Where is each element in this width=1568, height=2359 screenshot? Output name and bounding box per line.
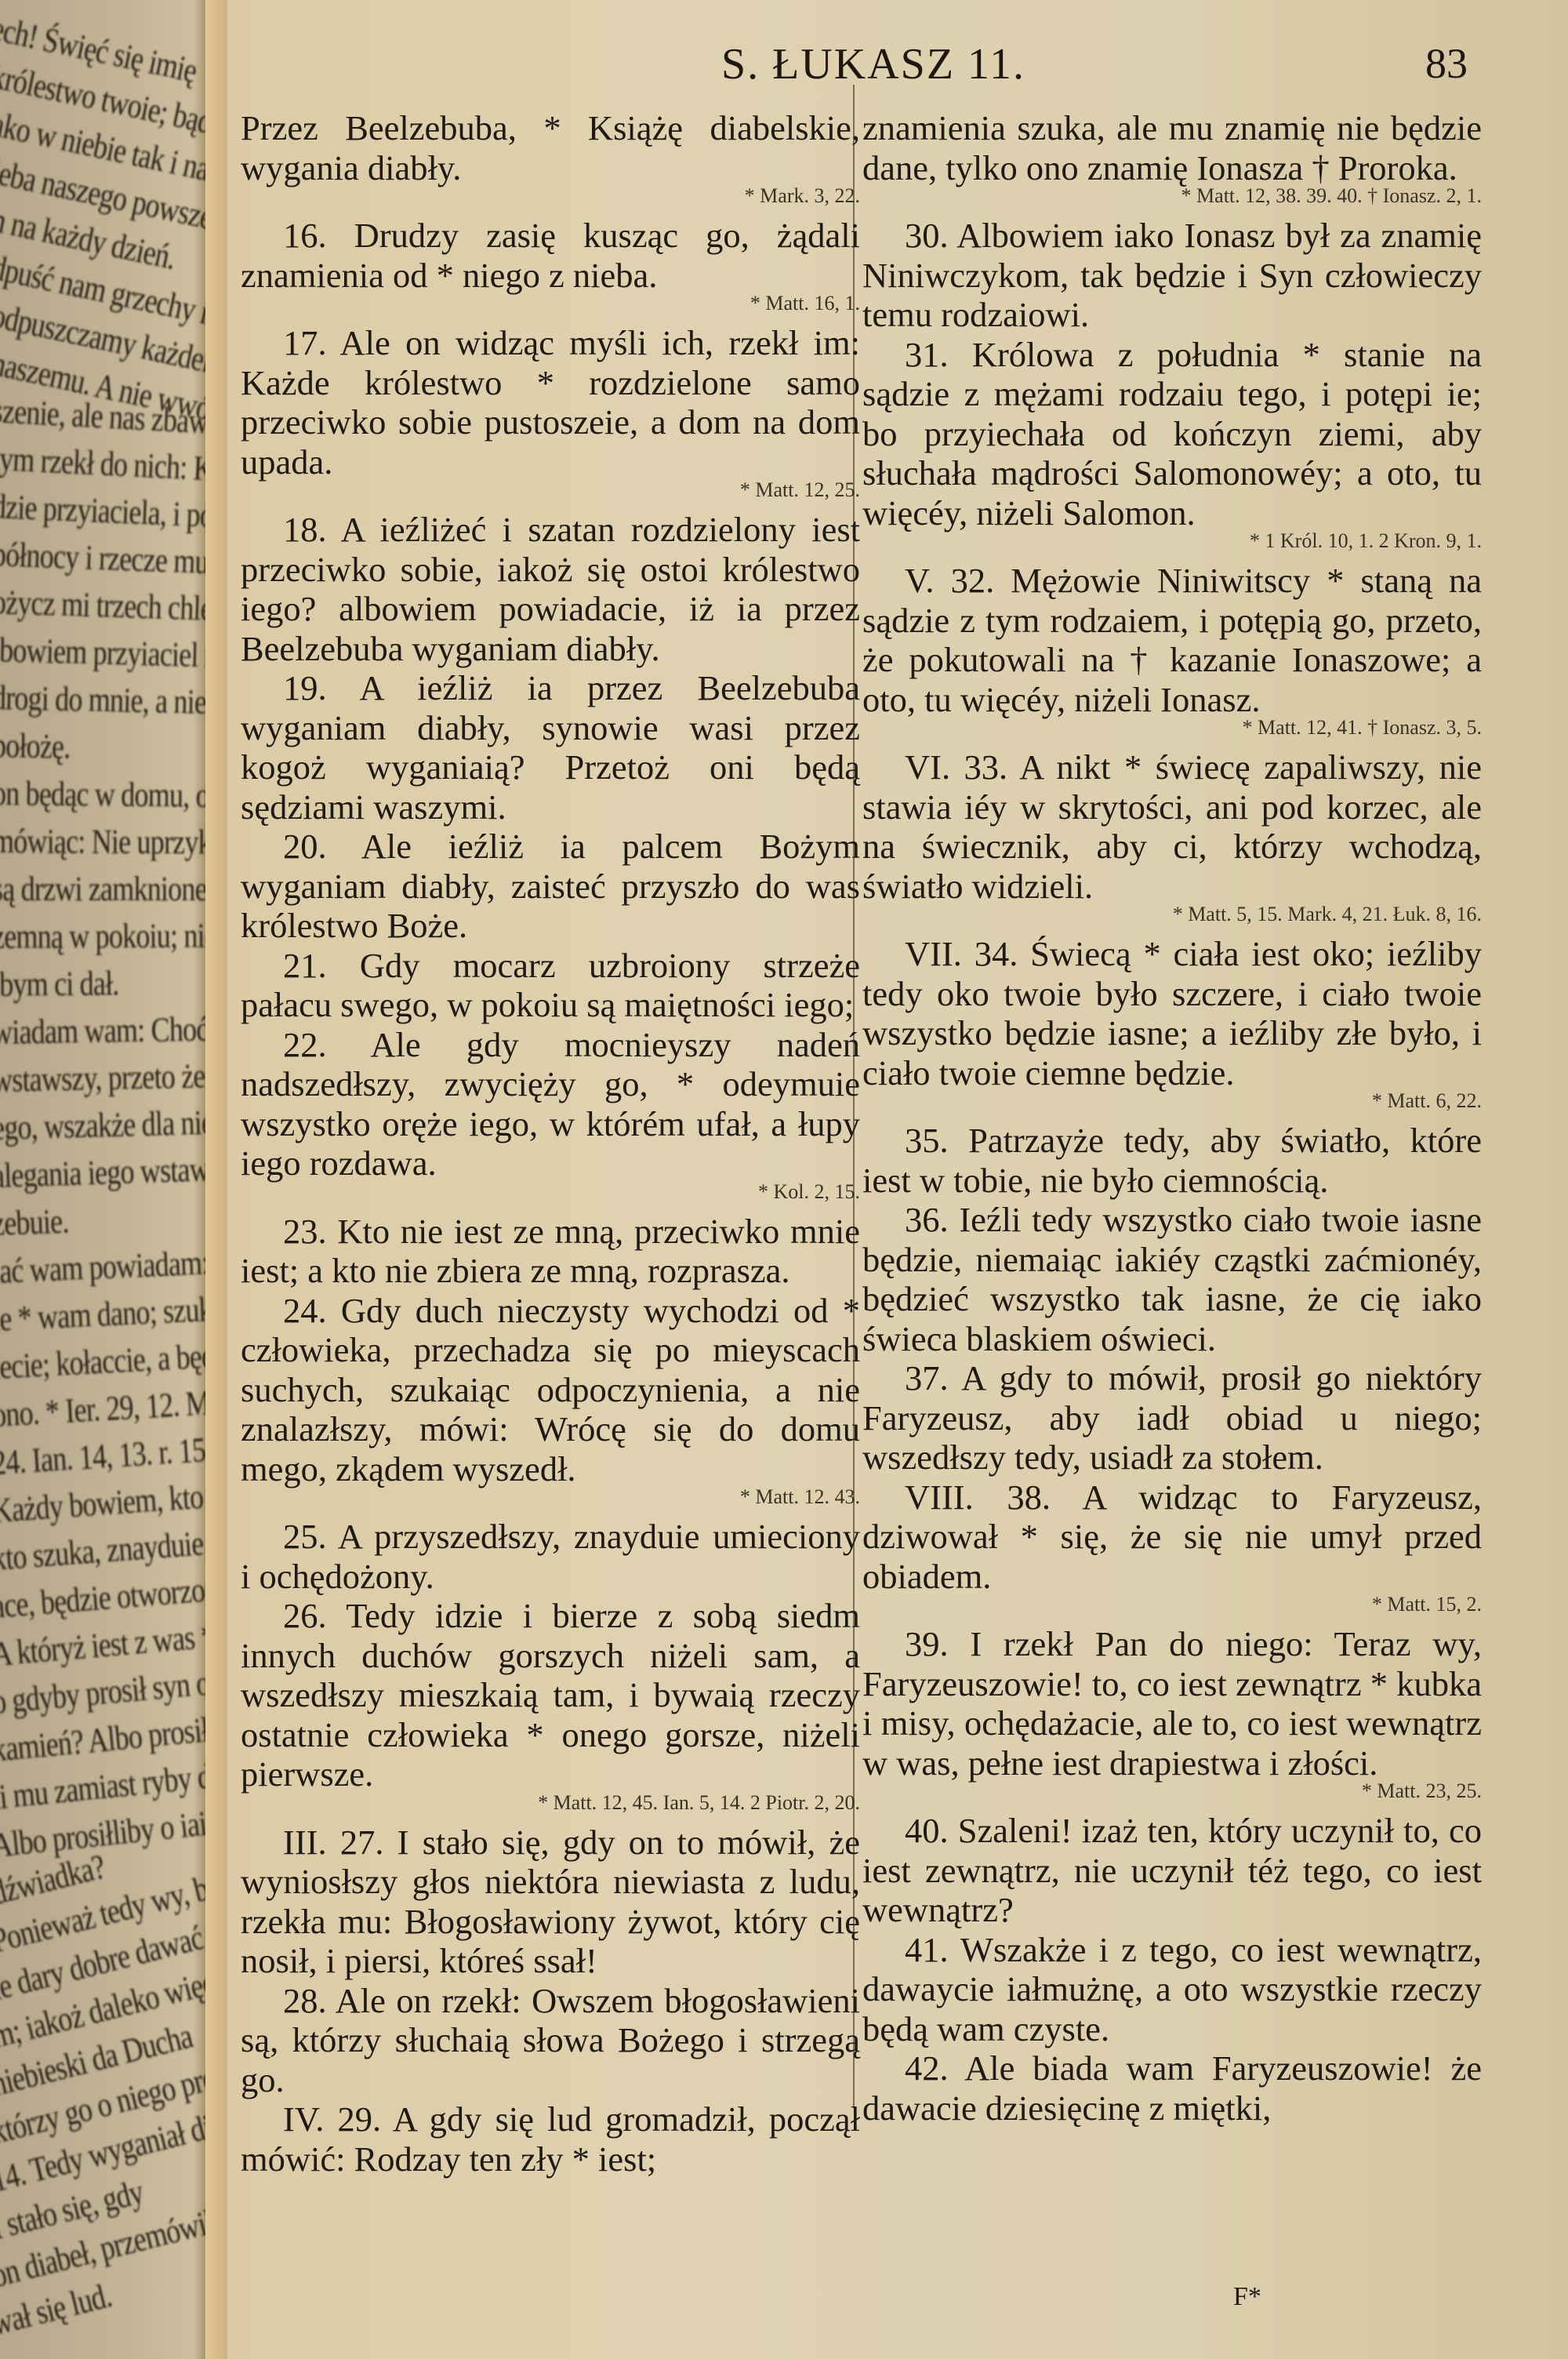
previous-page-text-fragment: dzie przyiaciela, i pójdzi (0, 486, 220, 537)
verse-paragraph: 40. Szaleni! izaż ten, który uczynił to,… (862, 1811, 1482, 1930)
previous-page-text-fragment: drogi do mnie, a nie mam (0, 678, 220, 723)
cross-reference: * Matt. 12, 38. 39. 40. † Ionasz. 2, 1. (862, 184, 1482, 208)
previous-page-text-fragment: alegania iego wstawszy, d (0, 1147, 220, 1196)
verse-paragraph: 20. Ale ieźliż ia palcem Bożym wyganiam … (241, 827, 860, 946)
verse-paragraph: 21. Gdy mocarz uzbroiony strzeże pałacu … (241, 946, 860, 1025)
previous-page-text-fragment: ie * wam dano; szukay (0, 1288, 220, 1339)
verse-paragraph: 19. A ieźliż ia przez Beelzebuba wygania… (241, 668, 860, 827)
verse-paragraph: VIII. 38. A widząc to Faryzeusz, dziwowa… (862, 1478, 1482, 1597)
previous-page-text-fragment: tym rzekł do nich: Któż (0, 438, 220, 490)
verse-paragraph: 41. Wszakże i z tego, co iest wewnątrz, … (862, 1930, 1482, 2049)
cross-reference: * Matt. 12. 43. (241, 1485, 860, 1509)
verse-paragraph: 37. A gdy to mówił, prosił go niektóry F… (862, 1358, 1482, 1478)
verse-paragraph: VI. 33. A nikt * świecę zapaliwszy, nie … (862, 747, 1482, 906)
verse-paragraph: 23. Kto nie iest ze mną, przeciwko mnie … (241, 1212, 860, 1291)
previous-page-text-fragment: są drzwi zamknione, a dzi (0, 869, 220, 909)
previous-page-text-fragment: położę. (0, 725, 71, 767)
book-page: S. ŁUKASZ 11. 83 Przez Beelzebuba, * Ksi… (227, 0, 1568, 2359)
previous-page-edge: ech! Święć się imiękrólestwo twoie; bądź… (0, 0, 220, 2359)
previous-page-text-fragment: iać wam powiadam: Pro (0, 1241, 220, 1292)
left-text-column: Przez Beelzebuba, * Książę diabelskie, w… (241, 108, 860, 2179)
verse-paragraph: Przez Beelzebuba, * Książę diabelskie, w… (241, 108, 860, 187)
verse-paragraph: znamienia szuka, ale mu znamię nie będzi… (862, 108, 1482, 187)
cross-reference: * Matt. 6, 22. (862, 1089, 1482, 1113)
page-title: S. ŁUKASZ 11. (721, 39, 1025, 89)
verse-paragraph: IV. 29. A gdy się lud gromadził, począł … (241, 2099, 860, 2179)
verse-paragraph: 35. Patrzayże tedy, aby światło, które i… (862, 1121, 1482, 1200)
verse-paragraph: V. 32. Mężowie Niniwitscy * staną na sąd… (862, 561, 1482, 719)
cross-reference: * 1 Król. 10, 1. 2 Kron. 9, 1. (862, 529, 1482, 553)
previous-page-text-fragment: kto szuka, znayduie, a (0, 1521, 220, 1579)
previous-page-text-fragment: ibym ci dał. (0, 963, 119, 1005)
previous-page-text-fragment: mówiąc: Nie uprzykrzay (0, 821, 220, 863)
previous-page-text-fragment: wiadam wam: Choćby (0, 1009, 220, 1052)
right-text-column: znamienia szuka, ale mu znamię nie będzi… (862, 108, 1482, 2128)
verse-paragraph: 25. A przyszedłszy, znayduie umieciony i… (241, 1517, 860, 1596)
cross-reference: * Kol. 2, 15. (241, 1180, 860, 1204)
verse-paragraph: 31. Królowa z południa * stanie na sądzi… (862, 335, 1482, 533)
previous-page-text-fragment: zemną w pokoiu; nie (0, 916, 216, 957)
page-number: 83 (1425, 39, 1468, 88)
verse-paragraph: III. 27. I stało się, gdy on to mówił, ż… (241, 1823, 860, 1981)
verse-paragraph: 26. Tedy idzie i bierze z sobą siedm inn… (241, 1596, 860, 1794)
cross-reference: * Matt. 12, 25. (241, 478, 860, 502)
verse-paragraph: 16. Drudzy zasię kusząc go, żądali znami… (241, 216, 860, 295)
previous-page-text-fragment: ożycz mi trzech chlebów (0, 582, 220, 631)
cross-reference: * Matt. 23, 25. (862, 1779, 1482, 1803)
verse-paragraph: 24. Gdy duch nieczysty wychodzi od * czł… (241, 1291, 860, 1489)
previous-page-text-fragment: wstawszy, przeto że iest (0, 1055, 220, 1100)
previous-page-text-fragment: ono. * Ier. 29, 12. Matt. 7, 7. (0, 1378, 220, 1435)
cross-reference: * Matt. 16, 1. (241, 292, 860, 315)
verse-paragraph: VII. 34. Świecą * ciała iest oko; ieźlib… (862, 934, 1482, 1092)
verse-paragraph: 42. Ale biada wam Faryzeuszowie! że dawa… (862, 2048, 1482, 2128)
previous-page-text-fragment: zebuie. (0, 1201, 69, 1244)
verse-paragraph: 39. I rzekł Pan do niego: Teraz wy, Fary… (862, 1624, 1482, 1783)
verse-paragraph: 28. Ale on rzekł: Owszem błogosławieni s… (241, 1981, 860, 2100)
cross-reference: * Matt. 12, 41. † Ionasz. 3, 5. (862, 716, 1482, 740)
verse-paragraph: 22. Ale gdy mocnieyszy nadeń nadszedłszy… (241, 1025, 860, 1183)
signature-mark: F* (1233, 2282, 1261, 2312)
previous-page-text-fragment: północy i rzecze mu: Pr (0, 534, 220, 583)
verse-paragraph: 36. Ieźli tedy wszystko ciało twoie iasn… (862, 1200, 1482, 1358)
verse-paragraph: 30. Albowiem iako Ionasz był za znamię N… (862, 216, 1482, 335)
cross-reference: * Matt. 5, 15. Mark. 4, 21. Łuk. 8, 16. (862, 903, 1482, 926)
verse-paragraph: 17. Ale on widząc myśli ich, rzekł im: K… (241, 323, 860, 482)
running-header: S. ŁUKASZ 11. 83 (227, 39, 1482, 94)
previous-page-text-fragment: on będąc w domu, od (0, 773, 220, 816)
cross-reference: * Matt. 12, 45. Ian. 5, 14. 2 Piotr. 2, … (241, 1791, 860, 1815)
previous-page-text-fragment: Każdy bowiem, kto prosi (0, 1473, 220, 1531)
previous-page-text-fragment: lbowiem przyiaciel mój (0, 630, 220, 676)
verse-paragraph: 18. A ieźliżeć i szatan rozdzielony iest… (241, 510, 860, 668)
previous-page-text-fragment: iecie; kołaccie, a będzie (0, 1334, 220, 1387)
cross-reference: * Matt. 15, 2. (862, 1593, 1482, 1616)
cross-reference: * Mark. 3, 22. (241, 184, 860, 208)
previous-page-text-fragment: ego, wszakże dla niewst (0, 1101, 220, 1148)
